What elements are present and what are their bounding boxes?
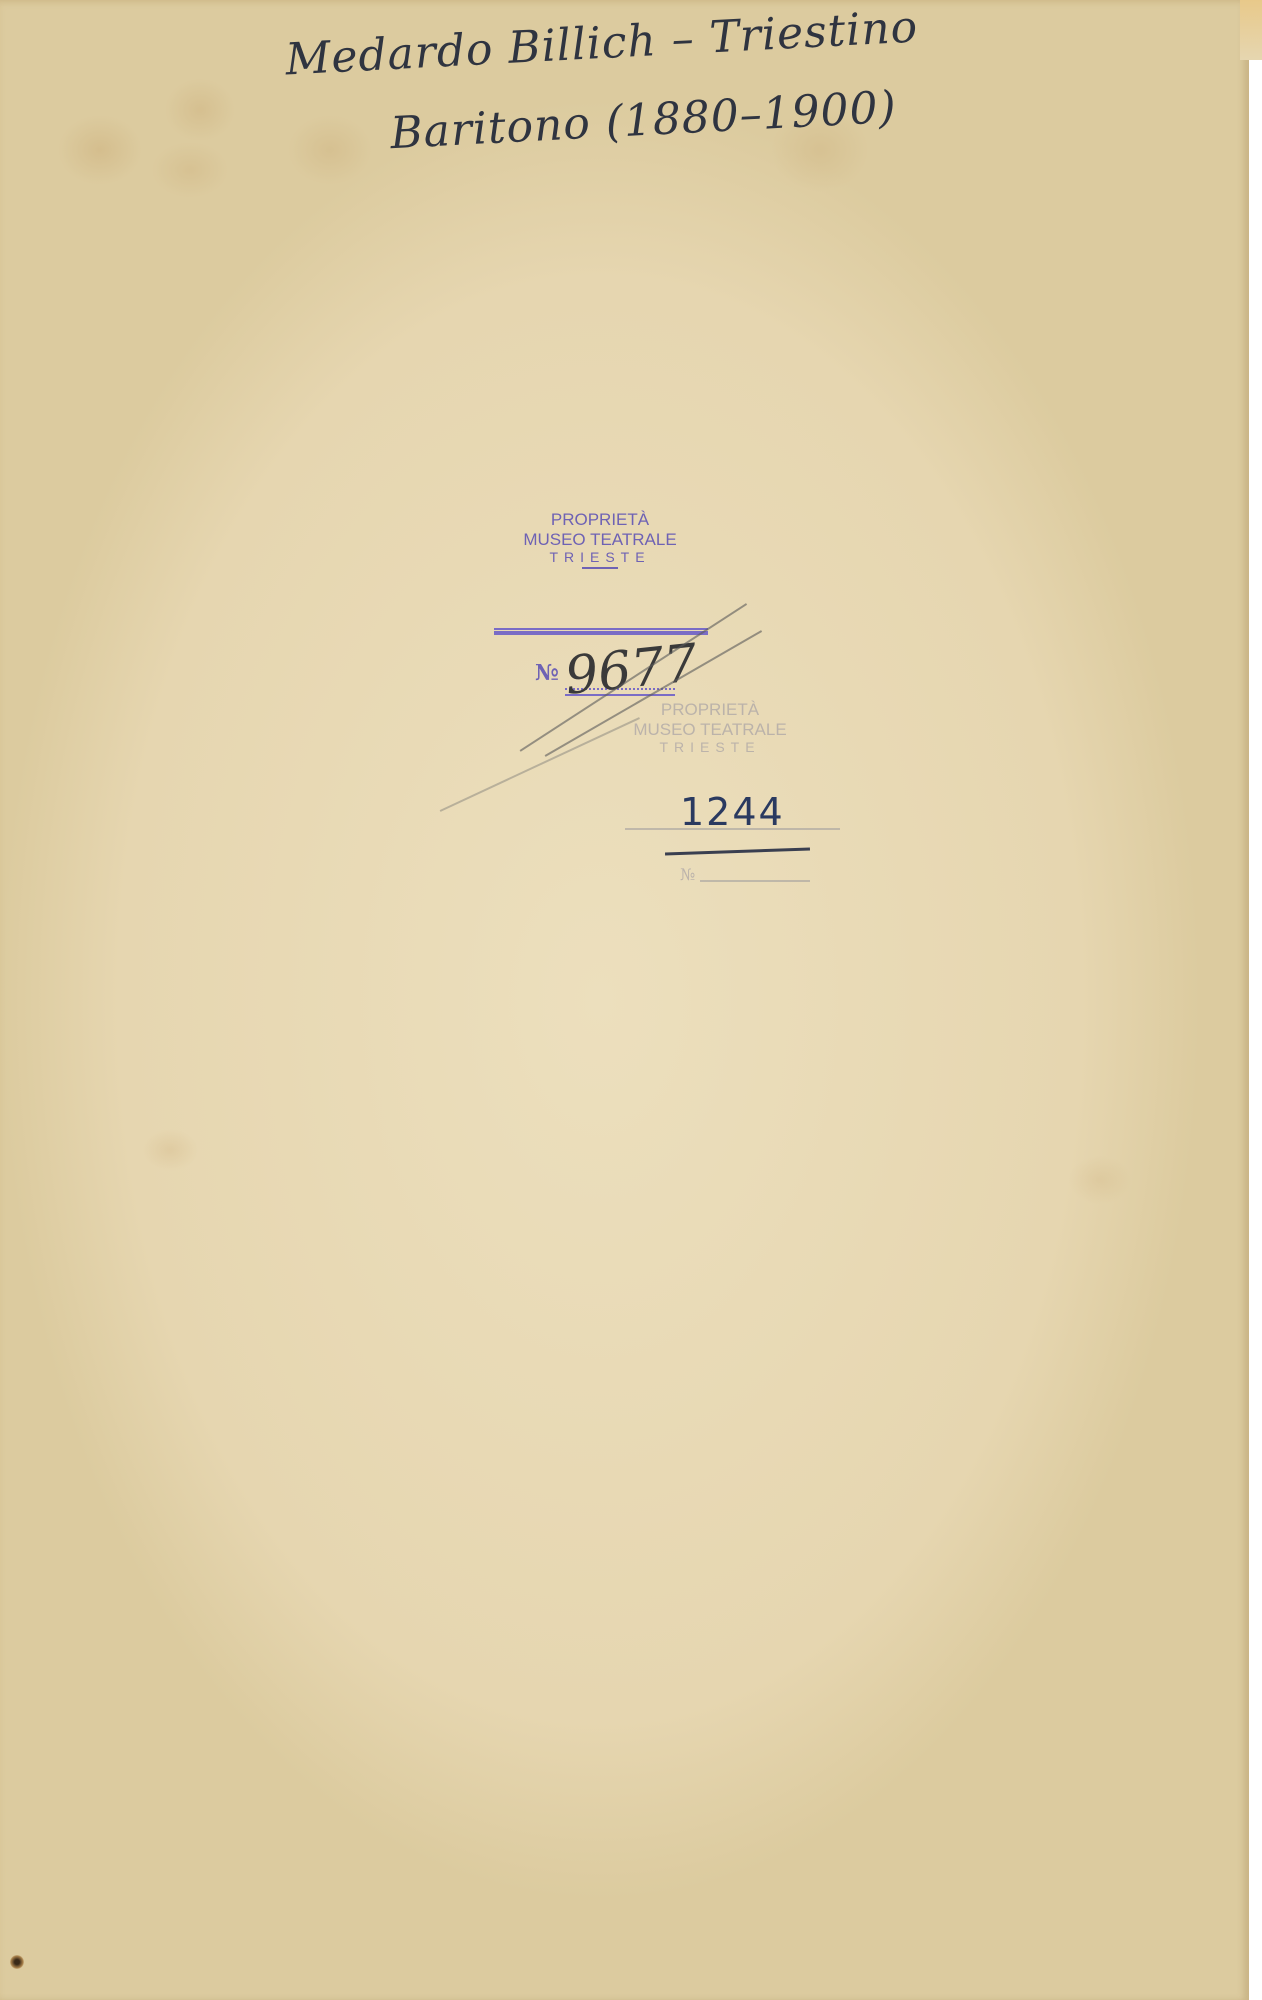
faded-stamp-line-3: TRIESTE: [600, 739, 820, 755]
faded-stamp-line-2: MUSEO TEATRALE: [600, 720, 820, 740]
faded-numero-label: №: [680, 865, 695, 884]
worn-corner: [1240, 0, 1262, 60]
stamp-line-1: PROPRIETÀ: [500, 510, 700, 530]
stamp-line-3: TRIESTE: [500, 549, 700, 565]
stain-speck: [10, 1955, 24, 1969]
card-back: [0, 0, 1249, 2000]
stamp-rule: [582, 567, 618, 569]
new-inventory-number: 1244: [680, 790, 785, 834]
stamp-line-2: MUSEO TEATRALE: [500, 530, 700, 550]
faded-museum-stamp: PROPRIETÀ MUSEO TEATRALE TRIESTE: [600, 700, 820, 755]
numero-label: №: [535, 660, 559, 686]
museum-stamp: PROPRIETÀ MUSEO TEATRALE TRIESTE: [500, 510, 700, 569]
stamp-divider-bar: [494, 628, 708, 635]
faded-line: [700, 880, 810, 882]
